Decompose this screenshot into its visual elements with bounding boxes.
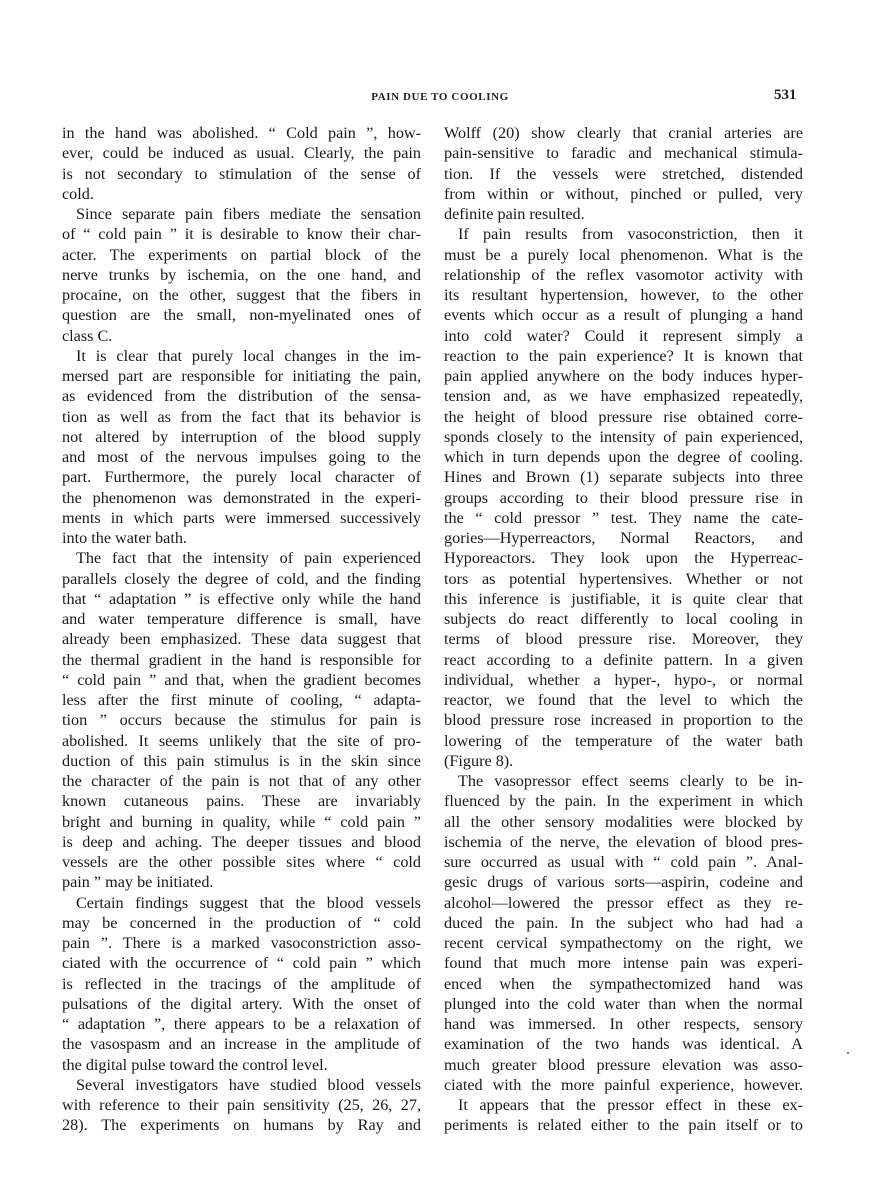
text-line: is reflected in the tracings of the ampl… [62,974,421,994]
text-line: part. Furthermore, the purely local char… [62,467,421,487]
right-column: Wolff (20) show clearly that cranial art… [444,123,803,1136]
text-line: that “ adaptation ” is effective only wh… [62,589,421,609]
text-line: reaction to the pain experience? It is k… [444,346,803,366]
text-line: terms of blood pressure rise. Moreover, … [444,629,803,649]
text-line: this inference is justifiable, it is qui… [444,589,803,609]
left-column: in the hand was abolished. “ Cold pain ”… [62,123,421,1136]
text-line: may be concerned in the production of “ … [62,913,421,933]
text-line: pulsations of the digital artery. With t… [62,994,421,1014]
text-line: It appears that the pressor effect in th… [444,1095,803,1115]
text-line: ments in which parts were immersed succe… [62,508,421,528]
text-line: pain applied anywhere on the body induce… [444,366,803,386]
text-line: Since separate pain fibers mediate the s… [62,204,421,224]
text-line: tion. If the vessels were stretched, dis… [444,164,803,184]
text-line: duction of this pain stimulus is in the … [62,751,421,771]
text-line: ciated with the occurrence of “ cold pai… [62,953,421,973]
text-line: the digital pulse toward the control lev… [62,1055,421,1075]
text-line: tion ” occurs because the stimulus for p… [62,710,421,730]
text-line: fluenced by the pain. In the experiment … [444,791,803,811]
text-line: ciated with the more painful experience,… [444,1075,803,1095]
text-line: Wolff (20) show clearly that cranial art… [444,123,803,143]
text-line: the phenomenon was demonstrated in the e… [62,488,421,508]
text-line: is not secondary to stimulation of the s… [62,164,421,184]
scan-speck [847,1052,849,1054]
text-line: react according to a definite pattern. I… [444,650,803,670]
text-line: the character of the pain is not that of… [62,771,421,791]
text-line: sponds closely to the intensity of pain … [444,427,803,447]
text-line: acter. The experiments on partial block … [62,245,421,265]
text-line: “ cold pain ” and that, when the gradien… [62,670,421,690]
text-line: the height of blood pressure rise obtain… [444,407,803,427]
text-line: as evidenced from the distribution of th… [62,386,421,406]
text-line: into the water bath. [62,528,421,548]
text-line: in the hand was abolished. “ Cold pain ”… [62,123,421,143]
text-line: mersed part are responsible for initiati… [62,366,421,386]
text-line: plunged into the cold water than when th… [444,994,803,1014]
text-line: sure occurred as usual with “ cold pain … [444,852,803,872]
text-line: which in turn depends upon the degree of… [444,447,803,467]
text-line: its resultant hypertension, however, to … [444,285,803,305]
page-number: 531 [774,87,797,104]
text-line: Hines and Brown (1) separate subjects in… [444,467,803,487]
text-line: tension and, as we have emphasized repea… [444,386,803,406]
text-line: the vasospasm and an increase in the amp… [62,1034,421,1054]
text-line: reactor, we found that the level to whic… [444,690,803,710]
text-line: vessels are the other possible sites whe… [62,852,421,872]
text-line: lowering of the temperature of the water… [444,731,803,751]
text-line: into cold water? Could it represent simp… [444,326,803,346]
text-line: It is clear that purely local changes in… [62,346,421,366]
text-line: not altered by interruption of the blood… [62,427,421,447]
text-line: If pain results from vasoconstriction, t… [444,224,803,244]
text-line: found that much more intense pain was ex… [444,953,803,973]
text-line: much greater blood pressure elevation wa… [444,1055,803,1075]
text-line: nerve trunks by ischemia, on the one han… [62,265,421,285]
text-line: Certain findings suggest that the blood … [62,893,421,913]
text-line: 28). The experiments on humans by Ray an… [62,1115,421,1135]
text-line: duced the pain. In the subject who had h… [444,913,803,933]
text-line: gesic drugs of various sorts—aspirin, co… [444,872,803,892]
text-line: cold. [62,184,421,204]
text-line: abolished. It seems unlikely that the si… [62,731,421,751]
text-line: ischemia of the nerve, the elevation of … [444,832,803,852]
text-line: question are the small, non-myelinated o… [62,305,421,325]
text-line: from within or without, pinched or pulle… [444,184,803,204]
text-line: and most of the nervous impulses going t… [62,447,421,467]
text-line: blood pressure rose increased in proport… [444,710,803,730]
text-line: (Figure 8). [444,751,803,771]
text-line: less after the first minute of cooling, … [62,690,421,710]
text-line: with reference to their pain sensitivity… [62,1095,421,1115]
text-line: is deep and aching. The deeper tissues a… [62,832,421,852]
text-line: The vasopressor effect seems clearly to … [444,771,803,791]
text-line: already been emphasized. These data sugg… [62,629,421,649]
text-line: groups according to their blood pressure… [444,488,803,508]
text-line: ever, could be induced as usual. Clearly… [62,143,421,163]
text-line: must be a purely local phenomenon. What … [444,245,803,265]
text-line: “ adaptation ”, there appears to be a re… [62,1014,421,1034]
text-line: events which occur as a result of plungi… [444,305,803,325]
text-line: individual, whether a hyper-, hypo-, or … [444,670,803,690]
text-line: gories—Hyperreactors, Normal Reactors, a… [444,528,803,548]
text-line: all the other sensory modalities were bl… [444,812,803,832]
text-line: pain ”. There is a marked vasoconstricti… [62,933,421,953]
text-line: parallels closely the degree of cold, an… [62,569,421,589]
text-line: alcohol—lowered the pressor effect as th… [444,893,803,913]
text-line: The fact that the intensity of pain expe… [62,548,421,568]
text-line: bright and burning in quality, while “ c… [62,812,421,832]
text-line: of “ cold pain ” it is desirable to know… [62,224,421,244]
text-line: definite pain resulted. [444,204,803,224]
text-line: Hyporeactors. They look upon the Hyperre… [444,548,803,568]
text-line: hand was immersed. In other respects, se… [444,1014,803,1034]
text-line: pain ” may be initiated. [62,872,421,892]
text-line: the “ cold pressor ” test. They name the… [444,508,803,528]
text-line: pain-sensitive to faradic and mechanical… [444,143,803,163]
text-line: the thermal gradient in the hand is resp… [62,650,421,670]
text-line: subjects do react differently to local c… [444,609,803,629]
text-line: class C. [62,326,421,346]
text-line: known cutaneous pains. These are invaria… [62,791,421,811]
text-line: procaine, on the other, suggest that the… [62,285,421,305]
text-line: and water temperature difference is smal… [62,609,421,629]
text-line: relationship of the reflex vasomotor act… [444,265,803,285]
text-line: tion as well as from the fact that its b… [62,407,421,427]
text-line: enced when the sympathectomized hand was [444,974,803,994]
text-line: tors as potential hypertensives. Whether… [444,569,803,589]
text-line: periments is related either to the pain … [444,1115,803,1135]
text-line: examination of the two hands was identic… [444,1034,803,1054]
text-line: recent cervical sympathectomy on the rig… [444,933,803,953]
text-line: Several investigators have studied blood… [62,1075,421,1095]
running-title: PAIN DUE TO COOLING [0,91,880,103]
